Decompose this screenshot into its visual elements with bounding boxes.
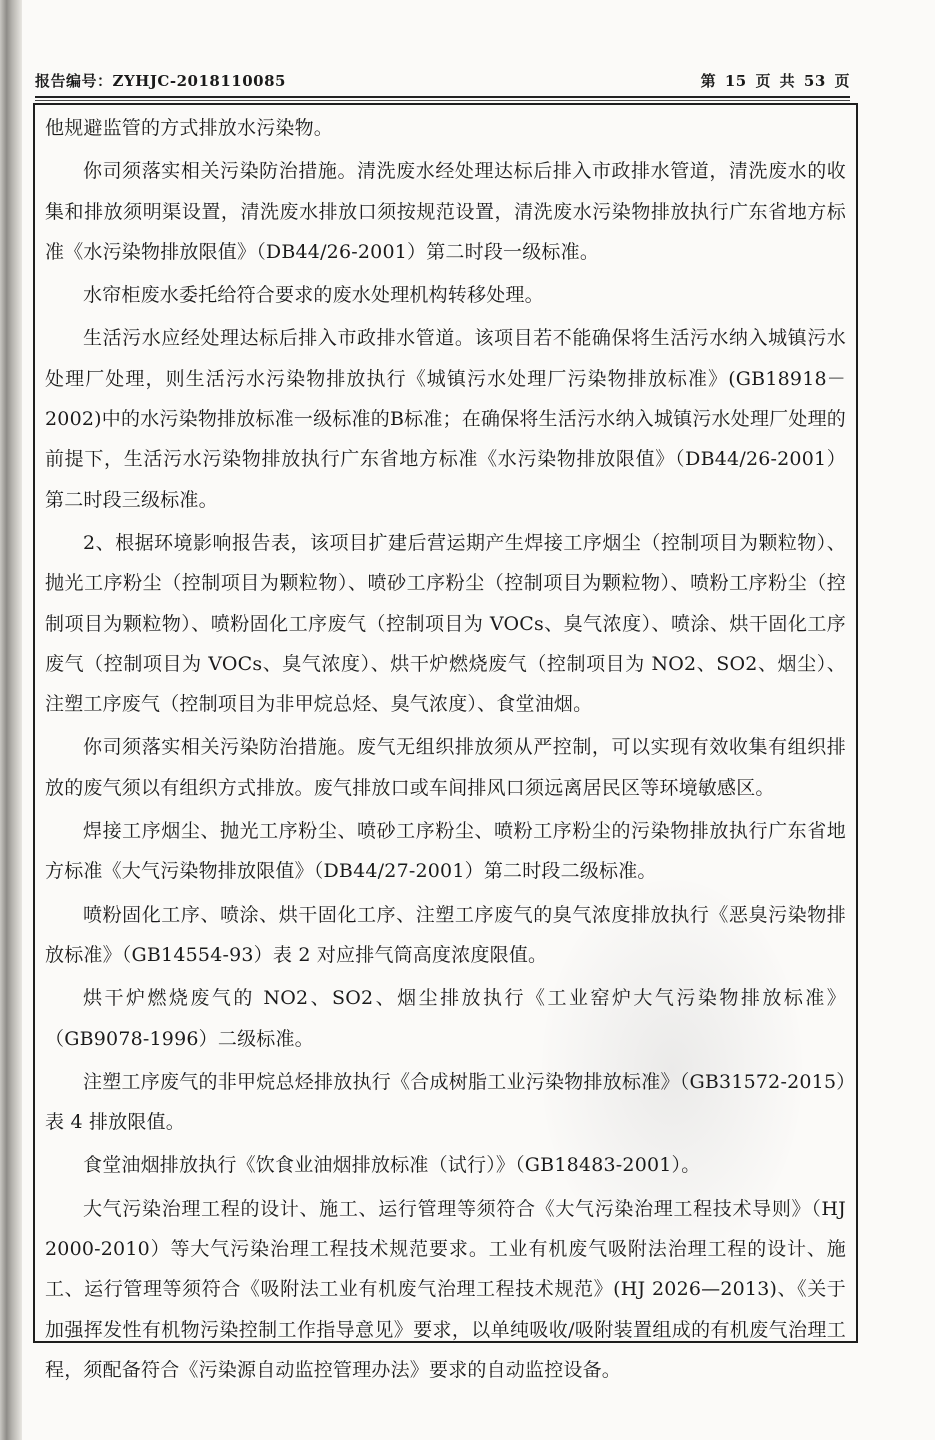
paragraph: 烘干炉燃烧废气的 NO2、SO2、烟尘排放执行《工业窑炉大气污染物排放标准》（G… [45,978,846,1059]
paragraph: 喷粉固化工序、喷涂、烘干固化工序、注塑工序废气的臭气浓度排放执行《恶臭污染物排放… [45,895,846,976]
paragraph: 食堂油烟排放执行《饮食业油烟排放标准（试行）》（GB18483-2001）。 [45,1145,846,1185]
paragraph: 他规避监管的方式排放水污染物。 [45,108,846,148]
header-rule-thin [35,100,850,101]
paragraph: 水帘柜废水委托给符合要求的废水处理机构转移处理。 [45,275,846,315]
paragraph: 2、根据环境影响报告表，该项目扩建后营运期产生焊接工序烟尘（控制项目为颗粒物）、… [45,523,846,724]
scan-edge-shadow [0,0,22,1440]
paragraph: 生活污水应经处理达标后排入市政排水管道。该项目若不能确保将生活污水纳入城镇污水处… [45,318,846,519]
paragraph: 大气污染治理工程的设计、施工、运行管理等须符合《大气污染治理工程技术导则》（HJ… [45,1189,846,1390]
page-header: 报告编号：ZYHJC-2018110085 第 15 页 共 53 页 [35,70,850,92]
content-box: 他规避监管的方式排放水污染物。 你司须落实相关污染防治措施。清洗废水经处理达标后… [33,103,858,1343]
header-rule-thick [35,96,850,98]
report-number: 报告编号：ZYHJC-2018110085 [35,70,286,91]
paragraph: 注塑工序废气的非甲烷总烃排放执行《合成树脂工业污染物排放标准》（GB31572-… [45,1062,846,1143]
paragraph: 你司须落实相关污染防治措施。清洗废水经处理达标后排入市政排水管道，清洗废水的收集… [45,151,846,272]
paragraph: 你司须落实相关污染防治措施。废气无组织排放须从严控制，可以实现有效收集有组织排放… [45,727,846,808]
paragraph: 焊接工序烟尘、抛光工序粉尘、喷砂工序粉尘、喷粉工序粉尘的污染物排放执行广东省地方… [45,811,846,892]
page-indicator: 第 15 页 共 53 页 [701,70,850,91]
